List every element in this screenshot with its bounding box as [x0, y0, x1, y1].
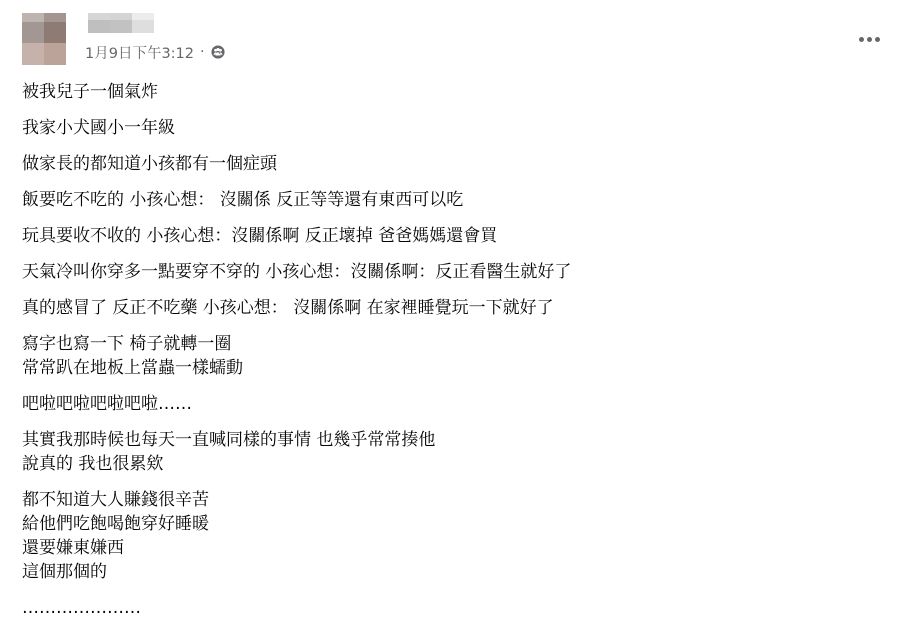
post-line: 還要嫌東嫌西	[22, 536, 882, 560]
post-paragraph: 玩具要收不收的 小孩心想：沒關係啊 反正壞掉 爸爸媽媽還會買	[22, 224, 882, 248]
name-blur-pixel	[110, 13, 132, 20]
avatar-pixel	[44, 22, 66, 43]
post-line: 給他們吃飽喝飽穿好睡暖	[22, 512, 882, 536]
post-paragraph: 被我兒子一個氣炸	[22, 80, 882, 104]
post-line: 被我兒子一個氣炸	[22, 80, 882, 104]
name-blur-pixel	[110, 20, 132, 33]
post-line: …………………	[22, 596, 882, 620]
post-paragraph: 我家小犬國小一年級	[22, 116, 882, 140]
post-paragraph: 真的感冒了 反正不吃藥 小孩心想： 沒關係啊 在家裡睡覺玩一下就好了	[22, 296, 882, 320]
post-line: 這個那個的	[22, 560, 882, 584]
post-line: 常常趴在地板上當蟲一樣蠕動	[22, 356, 882, 380]
post-paragraph: 其實我那時候也每天一直喊同樣的事情 也幾乎常常揍他說真的 我也很累欸	[22, 428, 882, 476]
avatar-pixel	[44, 13, 66, 22]
friends-icon[interactable]	[211, 45, 225, 59]
avatar-pixel	[44, 43, 66, 65]
post-line: 都不知道大人賺錢很辛苦	[22, 488, 882, 512]
post-paragraph: 做家長的都知道小孩都有一個症頭	[22, 152, 882, 176]
post-line: 真的感冒了 反正不吃藥 小孩心想： 沒關係啊 在家裡睡覺玩一下就好了	[22, 296, 882, 320]
more-options-icon	[859, 37, 864, 42]
post-line: 說真的 我也很累欸	[22, 452, 882, 476]
post-paragraph: 都不知道大人賺錢很辛苦給他們吃飽喝飽穿好睡暖還要嫌東嫌西這個那個的	[22, 488, 882, 584]
post-line: 玩具要收不收的 小孩心想：沒關係啊 反正壞掉 爸爸媽媽還會買	[22, 224, 882, 248]
name-blur-pixel	[132, 20, 154, 33]
facebook-post: 1月9日下午3:12 · 被我兒子一個氣炸我家小犬國小一年級做家長的都知道小孩都…	[0, 0, 913, 633]
more-options-icon-dot	[867, 37, 872, 42]
separator-dot: ·	[200, 44, 205, 60]
post-line: 寫字也寫一下 椅子就轉一圈	[22, 332, 882, 356]
avatar-pixel	[22, 13, 44, 22]
more-options-icon-dot	[875, 37, 880, 42]
author-avatar[interactable]	[22, 13, 66, 65]
post-paragraph: 吧啦吧啦吧啦吧啦……	[22, 392, 882, 416]
post-line: 天氣冷叫你穿多一點要穿不穿的 小孩心想：沒關係啊：反正看醫生就好了	[22, 260, 882, 284]
name-blur-pixel	[88, 13, 110, 20]
post-line: 做家長的都知道小孩都有一個症頭	[22, 152, 882, 176]
post-timestamp[interactable]: 1月9日下午3:12	[85, 42, 194, 63]
post-meta: 1月9日下午3:12 ·	[85, 42, 225, 62]
post-paragraph: …………………	[22, 596, 882, 620]
author-name-blurred[interactable]	[88, 13, 154, 33]
name-blur-pixel	[88, 20, 110, 33]
avatar-pixel	[22, 43, 44, 65]
post-line: 其實我那時候也每天一直喊同樣的事情 也幾乎常常揍他	[22, 428, 882, 452]
post-line: 我家小犬國小一年級	[22, 116, 882, 140]
post-paragraph: 寫字也寫一下 椅子就轉一圈常常趴在地板上當蟲一樣蠕動	[22, 332, 882, 380]
post-body: 被我兒子一個氣炸我家小犬國小一年級做家長的都知道小孩都有一個症頭飯要吃不吃的 小…	[22, 80, 882, 632]
avatar-pixel	[22, 22, 44, 43]
post-paragraph: 天氣冷叫你穿多一點要穿不穿的 小孩心想：沒關係啊：反正看醫生就好了	[22, 260, 882, 284]
post-paragraph: 飯要吃不吃的 小孩心想： 沒關係 反正等等還有東西可以吃	[22, 188, 882, 212]
post-line: 飯要吃不吃的 小孩心想： 沒關係 反正等等還有東西可以吃	[22, 188, 882, 212]
more-options-button[interactable]	[855, 29, 883, 49]
name-blur-pixel	[132, 13, 154, 20]
post-line: 吧啦吧啦吧啦吧啦……	[22, 392, 882, 416]
